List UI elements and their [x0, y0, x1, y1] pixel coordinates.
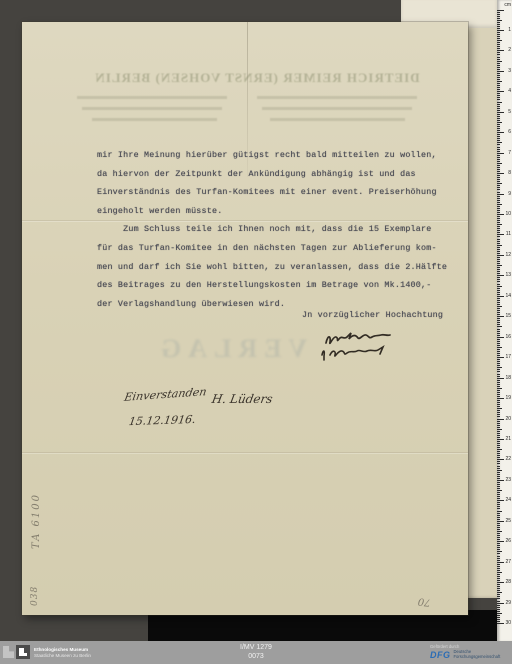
letter-closing: Jn vorzüglicher Hochachtung: [302, 310, 443, 320]
letter-body: mir Ihre Meinung hierüber gütigst recht …: [97, 146, 442, 313]
approval-note: Einverstanden: [123, 385, 208, 404]
margin-code-bottom: 038: [30, 586, 40, 606]
paper-fold-line: [22, 452, 468, 453]
letter-body-line: des Beitrages zu den Herstellungskosten …: [97, 276, 442, 295]
letter-body-line: eingeholt werden müsste.: [97, 202, 442, 221]
margin-code-top: TA 6100: [31, 493, 42, 549]
letter-body-line: Zum Schluss teile ich Ihnen noch mit, da…: [97, 220, 442, 239]
dfg-logo: DFG: [430, 650, 451, 660]
approval-date: 15.12.1916.: [128, 413, 197, 428]
letter-body-line: für das Turfan-Komitee in den nächsten T…: [97, 239, 442, 258]
letter-body-line: mir Ihre Meinung hierüber gütigst recht …: [97, 146, 442, 165]
scan-viewer: DIETRICH REIMER (ERNST VOHSEN) BERLIN VE…: [0, 0, 512, 664]
bleedthrough-line: [270, 118, 405, 121]
signature-handwriting: [280, 321, 420, 369]
measuring-ruler: cm 1234567891011121314151617181920212223…: [497, 0, 512, 642]
bleedthrough-line: [257, 96, 417, 99]
approver-signature: H. Lüders: [211, 392, 274, 406]
ruler-unit-label: cm: [504, 2, 511, 8]
corner-pencil-number: 70: [417, 595, 431, 607]
bleedthrough-line: [82, 107, 222, 110]
bleedthrough-letterhead: DIETRICH REIMER (ERNST VOHSEN) BERLIN: [62, 70, 452, 86]
bleedthrough-line: [77, 96, 227, 99]
letter-body-line: da hiervon der Zeitpunkt der Ankündigung…: [97, 165, 442, 184]
bleedthrough-line: [262, 107, 412, 110]
funder-name: Deutsche Forschungsgemeinschaft: [454, 650, 501, 660]
letter-body-line: men und darf ich Sie wohl bitten, zu ver…: [97, 258, 442, 277]
bleedthrough-line: [92, 118, 217, 121]
funding-block: Gefördert durch DFG Deutsche Forschungsg…: [430, 644, 500, 660]
letter-page: DIETRICH REIMER (ERNST VOHSEN) BERLIN VE…: [22, 22, 468, 615]
metadata-footer: Ethnologisches Museum Staatliche Museen …: [0, 641, 512, 664]
letter-body-line: Einverständnis des Turfan-Komitees mit e…: [97, 183, 442, 202]
